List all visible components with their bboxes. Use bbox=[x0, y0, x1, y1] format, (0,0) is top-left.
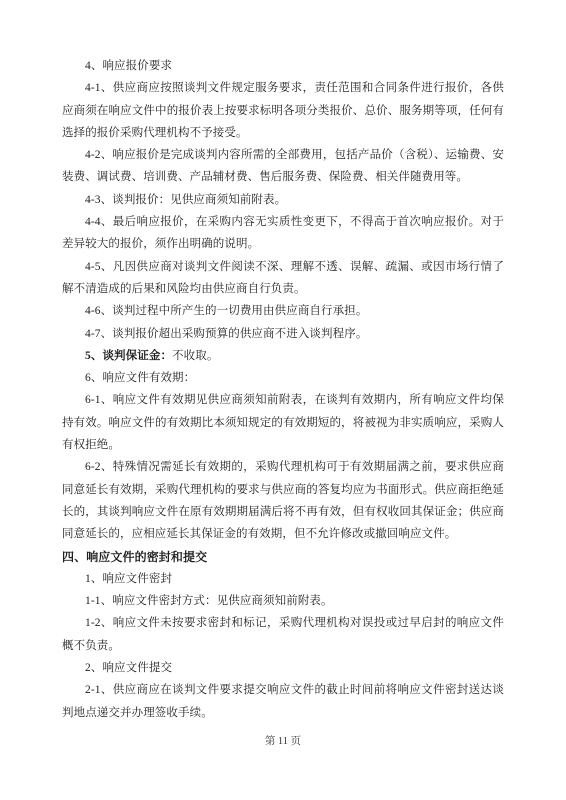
paragraph-5-value: 不收取。 bbox=[172, 350, 218, 362]
document-body: 4、响应报价要求 4-1、供应商应按照谈判文件规定服务要求，责任范围和合同条件进… bbox=[62, 55, 504, 724]
paragraph-4-5: 4-5、凡因供应商对谈判文件阅读不深、理解不透、误解、疏漏、或因市场行情了解不清… bbox=[62, 256, 504, 301]
paragraph-4-3: 4-3、谈判报价：见供应商须知前附表。 bbox=[62, 189, 504, 211]
paragraph-2-title: 2、响应文件提交 bbox=[62, 657, 504, 679]
section-heading-4-sealing-submission: 四、响应文件的密封和提交 bbox=[62, 546, 504, 568]
paragraph-1-2: 1-2、响应文件未按要求密封和标记，采购代理机构对误投或过早启封的响应文件概不负… bbox=[62, 612, 504, 657]
page-number: 第 11 页 bbox=[0, 733, 566, 748]
paragraph-6-1: 6-1、响应文件有效期见供应商须知前附表，在谈判有效期内，所有响应文件均保持有效… bbox=[62, 389, 504, 456]
paragraph-4-6: 4-6、谈判过程中所产生的一切费用由供应商自行承担。 bbox=[62, 300, 504, 322]
paragraph-1-1: 1-1、响应文件密封方式：见供应商须知前附表。 bbox=[62, 590, 504, 612]
paragraph-4-2: 4-2、响应报价是完成谈判内容所需的全部费用，包括产品价（含税）、运输费、安装费… bbox=[62, 144, 504, 189]
paragraph-6-title: 6、响应文件有效期： bbox=[62, 367, 504, 389]
paragraph-4-1: 4-1、供应商应按照谈判文件规定服务要求，责任范围和合同条件进行报价，各供应商须… bbox=[62, 77, 504, 144]
paragraph-4-7: 4-7、谈判报价超出采购预算的供应商不进入谈判程序。 bbox=[62, 323, 504, 345]
paragraph-4-4: 4-4、最后响应报价，在采购内容无实质性变更下，不得高于首次响应报价。对于差异较… bbox=[62, 211, 504, 256]
paragraph-6-2: 6-2、特殊情况需延长有效期的，采购代理机构可于有效期届满之前，要求供应商同意延… bbox=[62, 456, 504, 545]
paragraph-2-1: 2-1、供应商应在谈判文件要求提交响应文件的截止时间前将响应文件密封送达谈判地点… bbox=[62, 679, 504, 724]
paragraph-5-bold-label: 5、谈判保证金： bbox=[85, 350, 172, 362]
paragraph-4-title: 4、响应报价要求 bbox=[62, 55, 504, 77]
paragraph-1-title: 1、响应文件密封 bbox=[62, 568, 504, 590]
document-page: 4、响应报价要求 4-1、供应商应按照谈判文件规定服务要求，责任范围和合同条件进… bbox=[0, 0, 566, 800]
paragraph-5-deposit: 5、谈判保证金：不收取。 bbox=[62, 345, 504, 367]
